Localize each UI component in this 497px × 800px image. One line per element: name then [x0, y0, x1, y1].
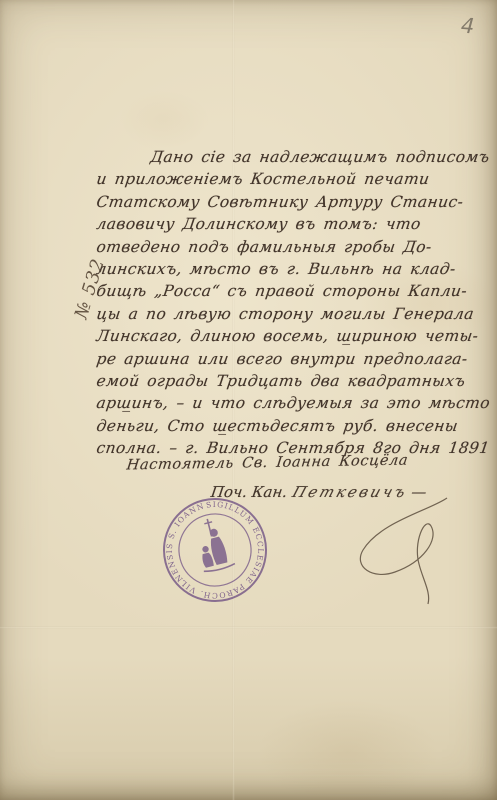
document-line: цы а по лѣвую сторону могилы Генерала: [95, 303, 470, 325]
document-line: ре аршина или всего внутри предполага-: [95, 348, 470, 370]
document-line: лавовичу Долинскому въ томъ: что: [95, 213, 470, 235]
scanned-document-page: 4 № 532 Дано сіе за надлежащимъ подписом…: [0, 0, 497, 800]
document-line: арш̲инъ, – и что слѣдуемыя за это мѣсто: [95, 392, 470, 414]
page-number: 4: [460, 14, 475, 39]
document-line: линскихъ, мѣсто въ г. Вильнѣ на клад-: [95, 258, 470, 280]
document-line: деньги, Сто ш̲естьдесятъ руб. внесены: [95, 415, 470, 437]
document-line: емой ограды Тридцать два квадратныхъ: [95, 370, 470, 392]
stamp-saint-figures: [192, 515, 236, 573]
document-line: и приложеніемъ Костельной печати: [95, 168, 470, 190]
document-body: Дано сіе за надлежащимъ подписомъи прило…: [95, 146, 467, 459]
document-line: бищѣ „Росса“ съ правой стороны Капли-: [95, 280, 470, 302]
document-line: отведено подъ фамильныя гробы До-: [95, 236, 470, 258]
church-seal-stamp: SIGILLUM ECCLESIAE PAROCH. VILNENSIS S. …: [150, 485, 281, 616]
document-line: Статскому Совѣтнику Артуру Станис-: [95, 191, 470, 213]
horizontal-fold-crease: [0, 626, 497, 629]
document-line: Дано сіе за надлежащимъ подписомъ: [95, 146, 470, 168]
document-line: Линскаго, длиною восемь, ш̲ириною четы-: [95, 325, 470, 347]
signature-dash: —: [410, 483, 428, 501]
signature-flourish: [335, 492, 485, 610]
signature-name-scrawl: Петкевичъ: [290, 483, 410, 501]
